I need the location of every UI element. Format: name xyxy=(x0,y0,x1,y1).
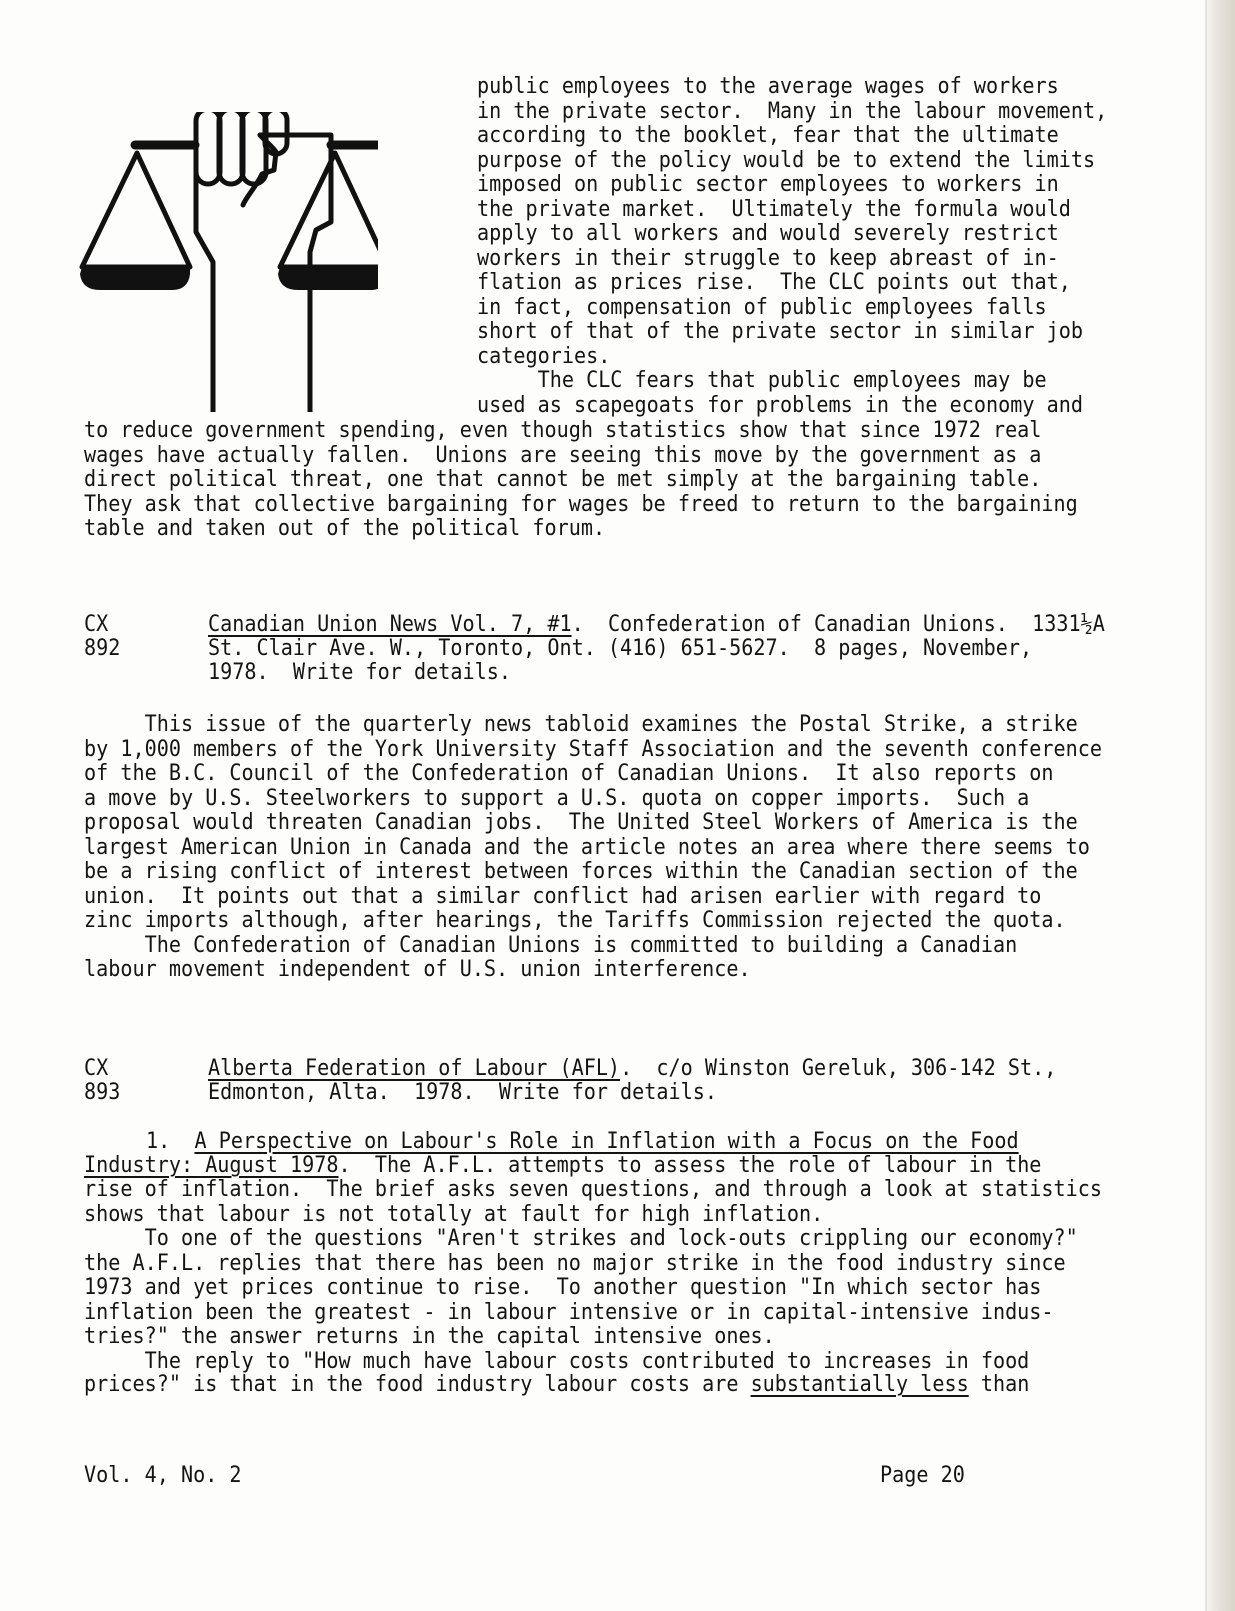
text-line: The reply to "How much have labour costs… xyxy=(84,1350,1029,1374)
text-line: zinc imports although, after hearings, t… xyxy=(84,909,1066,933)
item-title-line1: 1. A Perspective on Labour's Role in Inf… xyxy=(146,1130,1019,1154)
text-line: This issue of the quarterly news tabloid… xyxy=(84,713,1078,737)
text-line: the private market. Ultimately the formu… xyxy=(477,198,1071,222)
emphasized-text: substantially less xyxy=(751,1372,969,1397)
text-line: tries?" the answer returns in the capita… xyxy=(84,1325,775,1349)
entry-title: Canadian Union News Vol. 7, #1 xyxy=(208,612,572,637)
item-title: A Perspective on Labour's Role in Inflat… xyxy=(194,1129,1018,1154)
text-line: public employees to the average wages of… xyxy=(477,75,1059,99)
text-line: union. It points out that a similar conf… xyxy=(84,885,1041,909)
text-line: The CLC fears that public employees may … xyxy=(477,369,1047,393)
text-line: imposed on public sector employees to wo… xyxy=(477,173,1059,197)
text-line: purpose of the policy would be to extend… xyxy=(477,149,1095,173)
text-line: shows that labour is not totally at faul… xyxy=(84,1203,823,1227)
item-title-continued: Industry: August 1978 xyxy=(84,1153,339,1178)
entry-citation-rest: . Confederation of Canadian Unions. 1331… xyxy=(572,612,1105,637)
entry-body-last-line: prices?" is that in the food industry la… xyxy=(84,1373,1029,1397)
text-line: according to the booklet, fear that the … xyxy=(477,124,1059,148)
text-line: of the B.C. Council of the Confederation… xyxy=(84,762,1054,786)
text-line: apply to all workers and would severely … xyxy=(477,222,1059,246)
text-line: workers in their struggle to keep abreas… xyxy=(477,247,1059,271)
entry-citation-line2: Edmonton, Alta. 1978. Write for details. xyxy=(208,1081,717,1105)
text-line: flation as prices rise. The CLC points o… xyxy=(477,271,1071,295)
text-line: The Confederation of Canadian Unions is … xyxy=(84,934,1017,958)
item-title-line2: Industry: August 1978. The A.F.L. attemp… xyxy=(84,1154,1041,1178)
text-line: They ask that collective bargaining for … xyxy=(84,493,1078,517)
entry-code-prefix: CX xyxy=(84,613,108,637)
text-line: proposal would threaten Canadian jobs. T… xyxy=(84,811,1078,835)
text-line: by 1,000 members of the York University … xyxy=(84,738,1102,762)
footer-volume: Vol. 4, No. 2 xyxy=(84,1464,242,1488)
text-line: the A.F.L. replies that there has been n… xyxy=(84,1252,1066,1276)
text-line: To one of the questions "Aren't strikes … xyxy=(84,1227,1078,1251)
footer-page-number: Page 20 xyxy=(880,1464,965,1488)
entry-citation-line1: Canadian Union News Vol. 7, #1. Confeder… xyxy=(208,613,1105,637)
entry-title: Alberta Federation of Labour (AFL) xyxy=(208,1056,620,1081)
text-line: short of that of the private sector in s… xyxy=(477,320,1083,344)
text-line: to reduce government spending, even thou… xyxy=(84,419,1041,443)
text-line: table and taken out of the political for… xyxy=(84,517,605,541)
page-edge xyxy=(1207,0,1235,1611)
text-line: labour movement independent of U.S. unio… xyxy=(84,958,751,982)
fist-holding-scales-of-justice-icon xyxy=(78,112,378,412)
text-line: inflation been the greatest - in labour … xyxy=(84,1301,1054,1325)
body-text: than xyxy=(969,1372,1030,1397)
body-text: prices?" is that in the food industry la… xyxy=(84,1372,751,1397)
entry-citation-line1: Alberta Federation of Labour (AFL). c/o … xyxy=(208,1057,1056,1081)
text-line: be a rising conflict of interest between… xyxy=(84,860,1078,884)
item-body-start: . The A.F.L. attempts to assess the role… xyxy=(339,1153,1042,1178)
text-line: in fact, compensation of public employee… xyxy=(477,296,1047,320)
entry-code-number: 893 xyxy=(84,1081,120,1105)
entry-citation-rest: . c/o Winston Gereluk, 306-142 St., xyxy=(620,1056,1056,1081)
text-line: largest American Union in Canada and the… xyxy=(84,836,1090,860)
entry-citation-line2: St. Clair Ave. W., Toronto, Ont. (416) 6… xyxy=(208,637,1032,661)
text-line: a move by U.S. Steelworkers to support a… xyxy=(84,787,1029,811)
text-line: categories. xyxy=(477,345,610,369)
item-number: 1. xyxy=(146,1129,170,1154)
text-line: in the private sector. Many in the labou… xyxy=(477,100,1107,124)
text-line: 1973 and yet prices continue to rise. To… xyxy=(84,1276,1041,1300)
text-line: wages have actually fallen. Unions are s… xyxy=(84,444,1041,468)
entry-code-prefix: CX xyxy=(84,1057,108,1081)
text-line: rise of inflation. The brief asks seven … xyxy=(84,1178,1102,1202)
text-line: used as scapegoats for problems in the e… xyxy=(477,394,1083,418)
text-line: direct political threat, one that cannot… xyxy=(84,468,1041,492)
entry-citation-line3: 1978. Write for details. xyxy=(208,661,511,685)
entry-code-number: 892 xyxy=(84,637,120,661)
